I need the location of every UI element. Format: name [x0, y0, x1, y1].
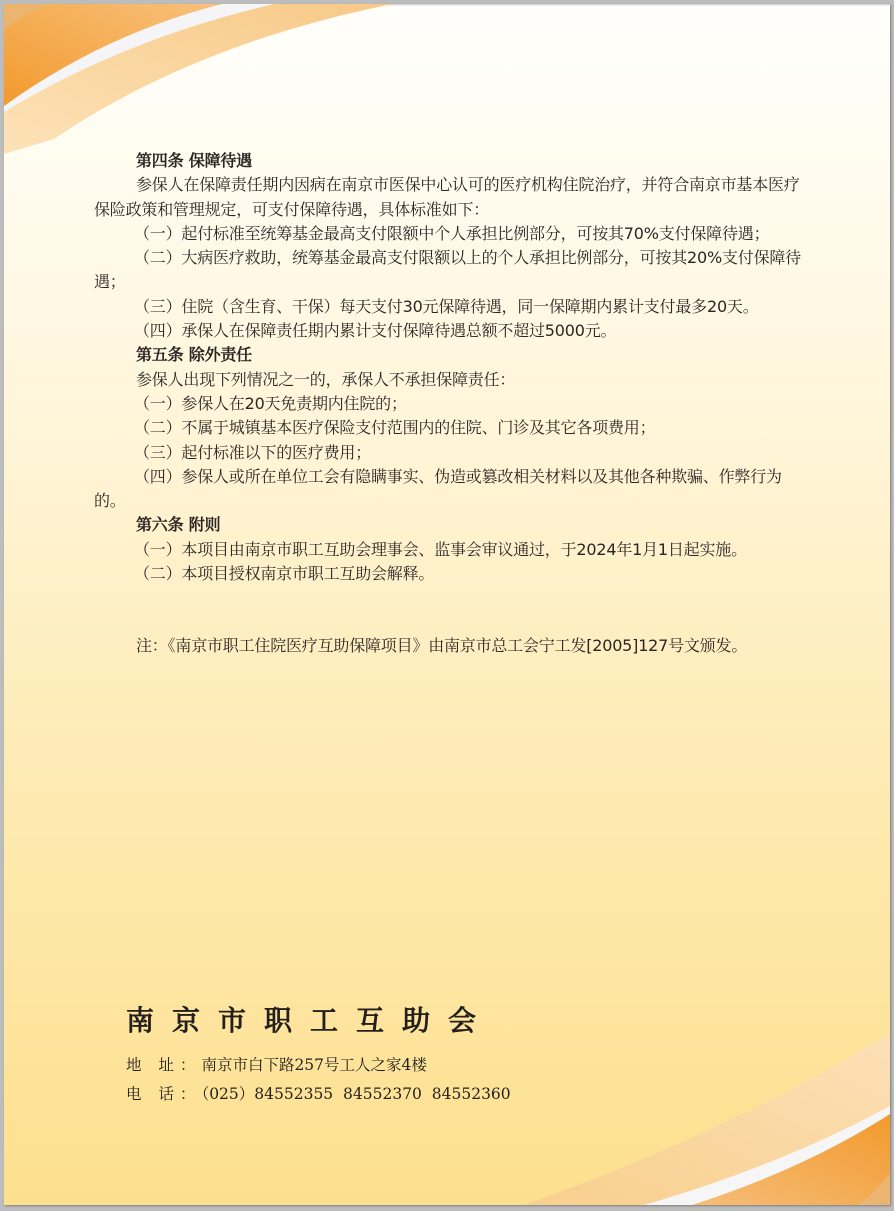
section-heading: 第六条 附则 [94, 513, 810, 537]
document-note: 注：《南京市职工住院医疗互助保障项目》由南京市总工会宁工发[2005]127号文… [94, 634, 810, 658]
section-intro: 参保人出现下列情况之一的，承保人不承担保障责任： [94, 368, 810, 392]
list-item: （二）本项目授权南京市职工互助会解释。 [94, 562, 810, 586]
list-item: （二）不属于城镇基本医疗保险支付范围内的住院、门诊及其它各项费用； [94, 416, 810, 440]
list-item: （一）起付标准至统筹基金最高支付限额中个人承担比例部分，可按其70%支付保障待遇… [94, 222, 810, 246]
organization-footer: 南京市职工互助会 地 址：南京市白下路257号工人之家4楼 电 话：（025）8… [126, 999, 511, 1109]
list-item: （一）参保人在20天免责期内住院的； [94, 392, 810, 416]
document-body: 第四条 保障待遇 参保人在保障责任期内因病在南京市医保中心认可的医疗机构住院治疗… [94, 149, 810, 659]
list-item: （四）参保人或所在单位工会有隐瞒事实、伪造或篡改相关材料以及其他各种欺骗、作弊行… [94, 465, 810, 514]
section-heading: 第四条 保障待遇 [94, 149, 810, 173]
address-value: 南京市白下路257号工人之家4楼 [201, 1056, 426, 1074]
list-item: （四）承保人在保障责任期内累计支付保障待遇总额不超过5000元。 [94, 319, 810, 343]
phone-value: （025）84552355 84552370 84552360 [201, 1085, 510, 1103]
top-left-wave [4, 4, 392, 154]
document-page: 第四条 保障待遇 参保人在保障责任期内因病在南京市医保中心认可的医疗机构住院治疗… [4, 4, 890, 1205]
organization-name: 南京市职工互助会 [126, 999, 511, 1039]
address-label: 地 址： [126, 1056, 201, 1074]
phone-line: 电 话：（025）84552355 84552370 84552360 [126, 1080, 511, 1109]
list-item: （一）本项目由南京市职工互助会理事会、监事会审议通过，于2024年1月1日起实施… [94, 538, 810, 562]
list-item: （三）起付标准以下的医疗费用； [94, 441, 810, 465]
phone-label: 电 话： [126, 1085, 201, 1103]
list-item: （三）住院（含生育、干保）每天支付30元保障待遇，同一保障期内累计支付最多20天… [94, 295, 810, 319]
bottom-right-wave [524, 1034, 890, 1205]
list-item: （二）大病医疗救助，统筹基金最高支付限额以上的个人承担比例部分，可按其20%支付… [94, 246, 810, 295]
section-intro: 参保人在保障责任期内因病在南京市医保中心认可的医疗机构住院治疗，并符合南京市基本… [94, 173, 810, 222]
section-heading: 第五条 除外责任 [94, 343, 810, 367]
address-line: 地 址：南京市白下路257号工人之家4楼 [126, 1051, 511, 1080]
